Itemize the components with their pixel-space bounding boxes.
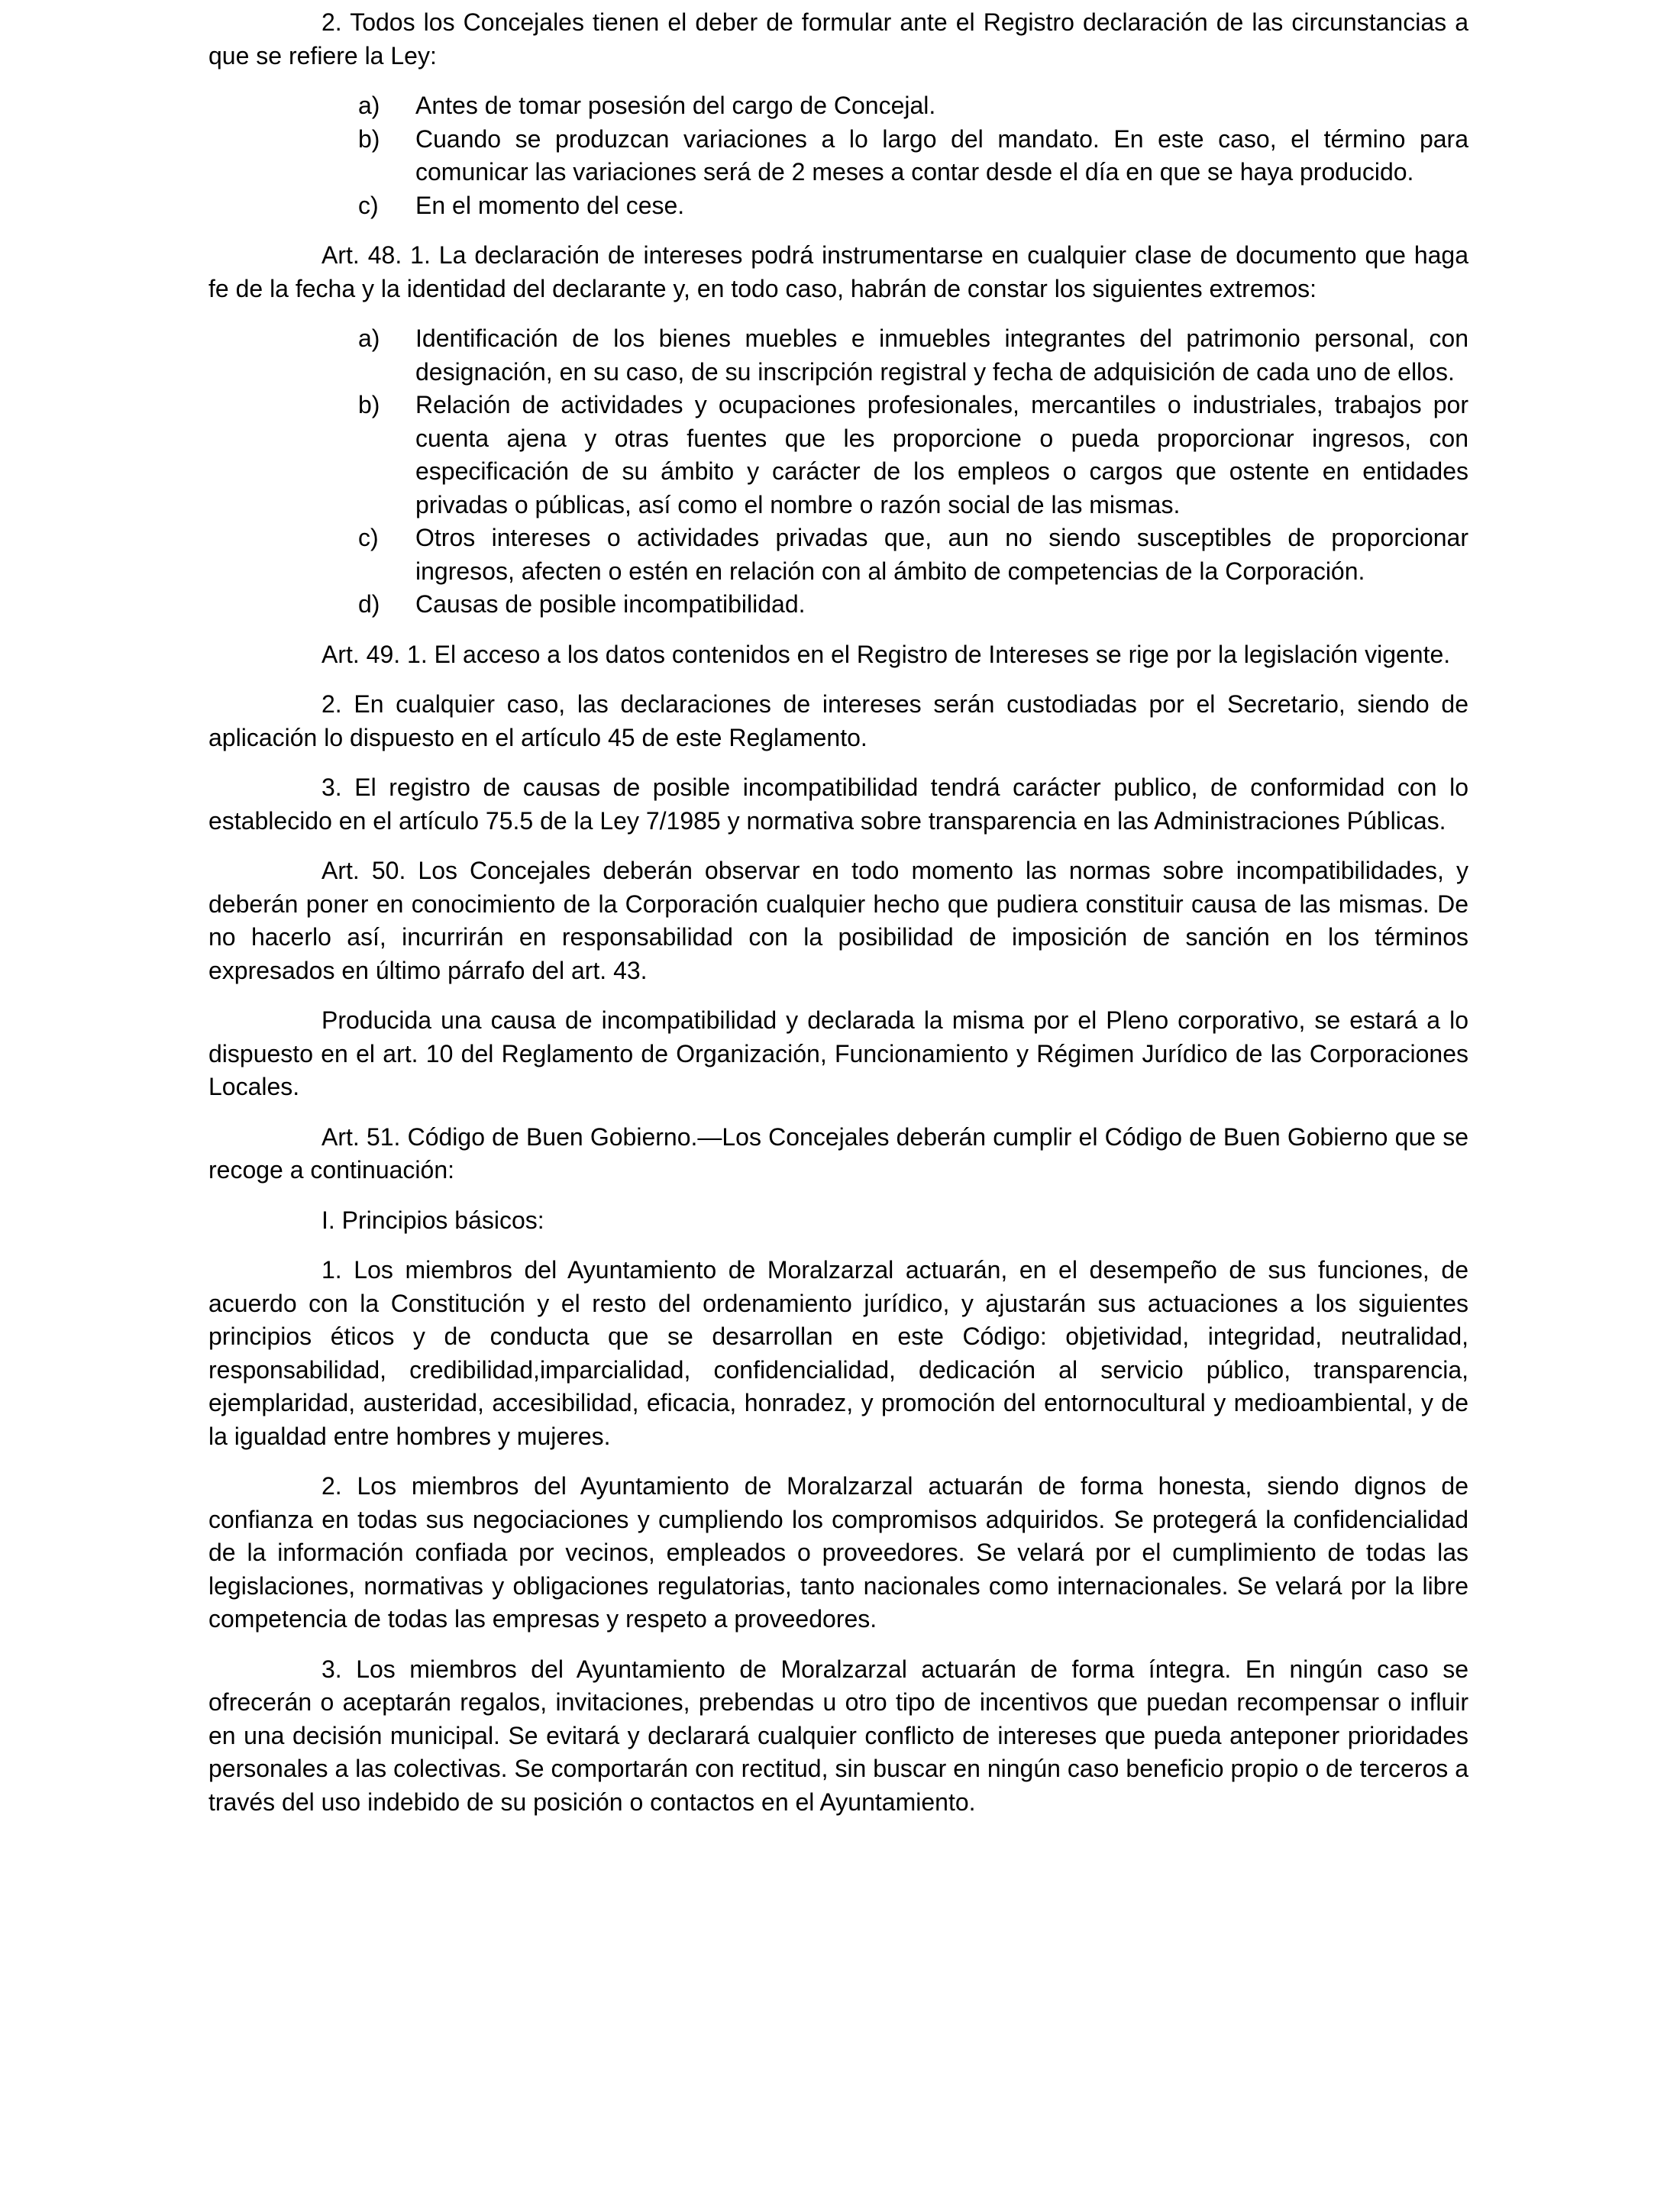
- paragraph: Art. 48. 1. La declaración de intereses …: [208, 239, 1468, 305]
- list-marker: b): [358, 389, 380, 422]
- list-item: a)Antes de tomar posesión del cargo de C…: [208, 89, 1468, 123]
- list-marker: b): [358, 123, 380, 157]
- paragraph: 2. Los miembros del Ayuntamiento de Mora…: [208, 1470, 1468, 1636]
- paragraph: 2. En cualquier caso, las declaraciones …: [208, 688, 1468, 754]
- list-item: b)Cuando se produzcan variaciones a lo l…: [208, 123, 1468, 189]
- list-item-text: En el momento del cese.: [415, 192, 684, 219]
- paragraph: 3. Los miembros del Ayuntamiento de Mora…: [208, 1653, 1468, 1820]
- list-item-text: Identificación de los bienes muebles e i…: [415, 325, 1468, 386]
- paragraph: 2. Todos los Concejales tienen el deber …: [208, 6, 1468, 73]
- lettered-list: a)Identificación de los bienes muebles e…: [208, 322, 1468, 622]
- paragraph: Art. 51. Código de Buen Gobierno.—Los Co…: [208, 1121, 1468, 1187]
- paragraph: Producida una causa de incompatibilidad …: [208, 1004, 1468, 1104]
- list-marker: a): [358, 322, 380, 356]
- paragraph: 3. El registro de causas de posible inco…: [208, 771, 1468, 838]
- list-item: c)Otros intereses o actividades privadas…: [208, 522, 1468, 588]
- paragraph: Art. 50. Los Concejales deberán observar…: [208, 854, 1468, 987]
- list-marker: c): [358, 189, 379, 223]
- list-item-text: Causas de posible incompatibilidad.: [415, 590, 806, 618]
- list-item: d)Causas de posible incompatibilidad.: [208, 588, 1468, 622]
- list-item: b)Relación de actividades y ocupaciones …: [208, 389, 1468, 522]
- list-marker: a): [358, 89, 380, 123]
- paragraph: Art. 49. 1. El acceso a los datos conten…: [208, 638, 1468, 672]
- list-item-text: Antes de tomar posesión del cargo de Con…: [415, 92, 935, 119]
- lettered-list: a)Antes de tomar posesión del cargo de C…: [208, 89, 1468, 222]
- list-item: c)En el momento del cese.: [208, 189, 1468, 223]
- list-marker: c): [358, 522, 379, 555]
- document-page: 2. Todos los Concejales tienen el deber …: [0, 0, 1680, 2193]
- list-marker: d): [358, 588, 380, 622]
- paragraph: 1. Los miembros del Ayuntamiento de Mora…: [208, 1254, 1468, 1453]
- list-item-text: Otros intereses o actividades privadas q…: [415, 524, 1468, 585]
- list-item: a)Identificación de los bienes muebles e…: [208, 322, 1468, 389]
- list-item-text: Relación de actividades y ocupaciones pr…: [415, 391, 1468, 518]
- paragraph: I. Principios básicos:: [208, 1204, 1468, 1238]
- list-item-text: Cuando se produzcan variaciones a lo lar…: [415, 125, 1468, 186]
